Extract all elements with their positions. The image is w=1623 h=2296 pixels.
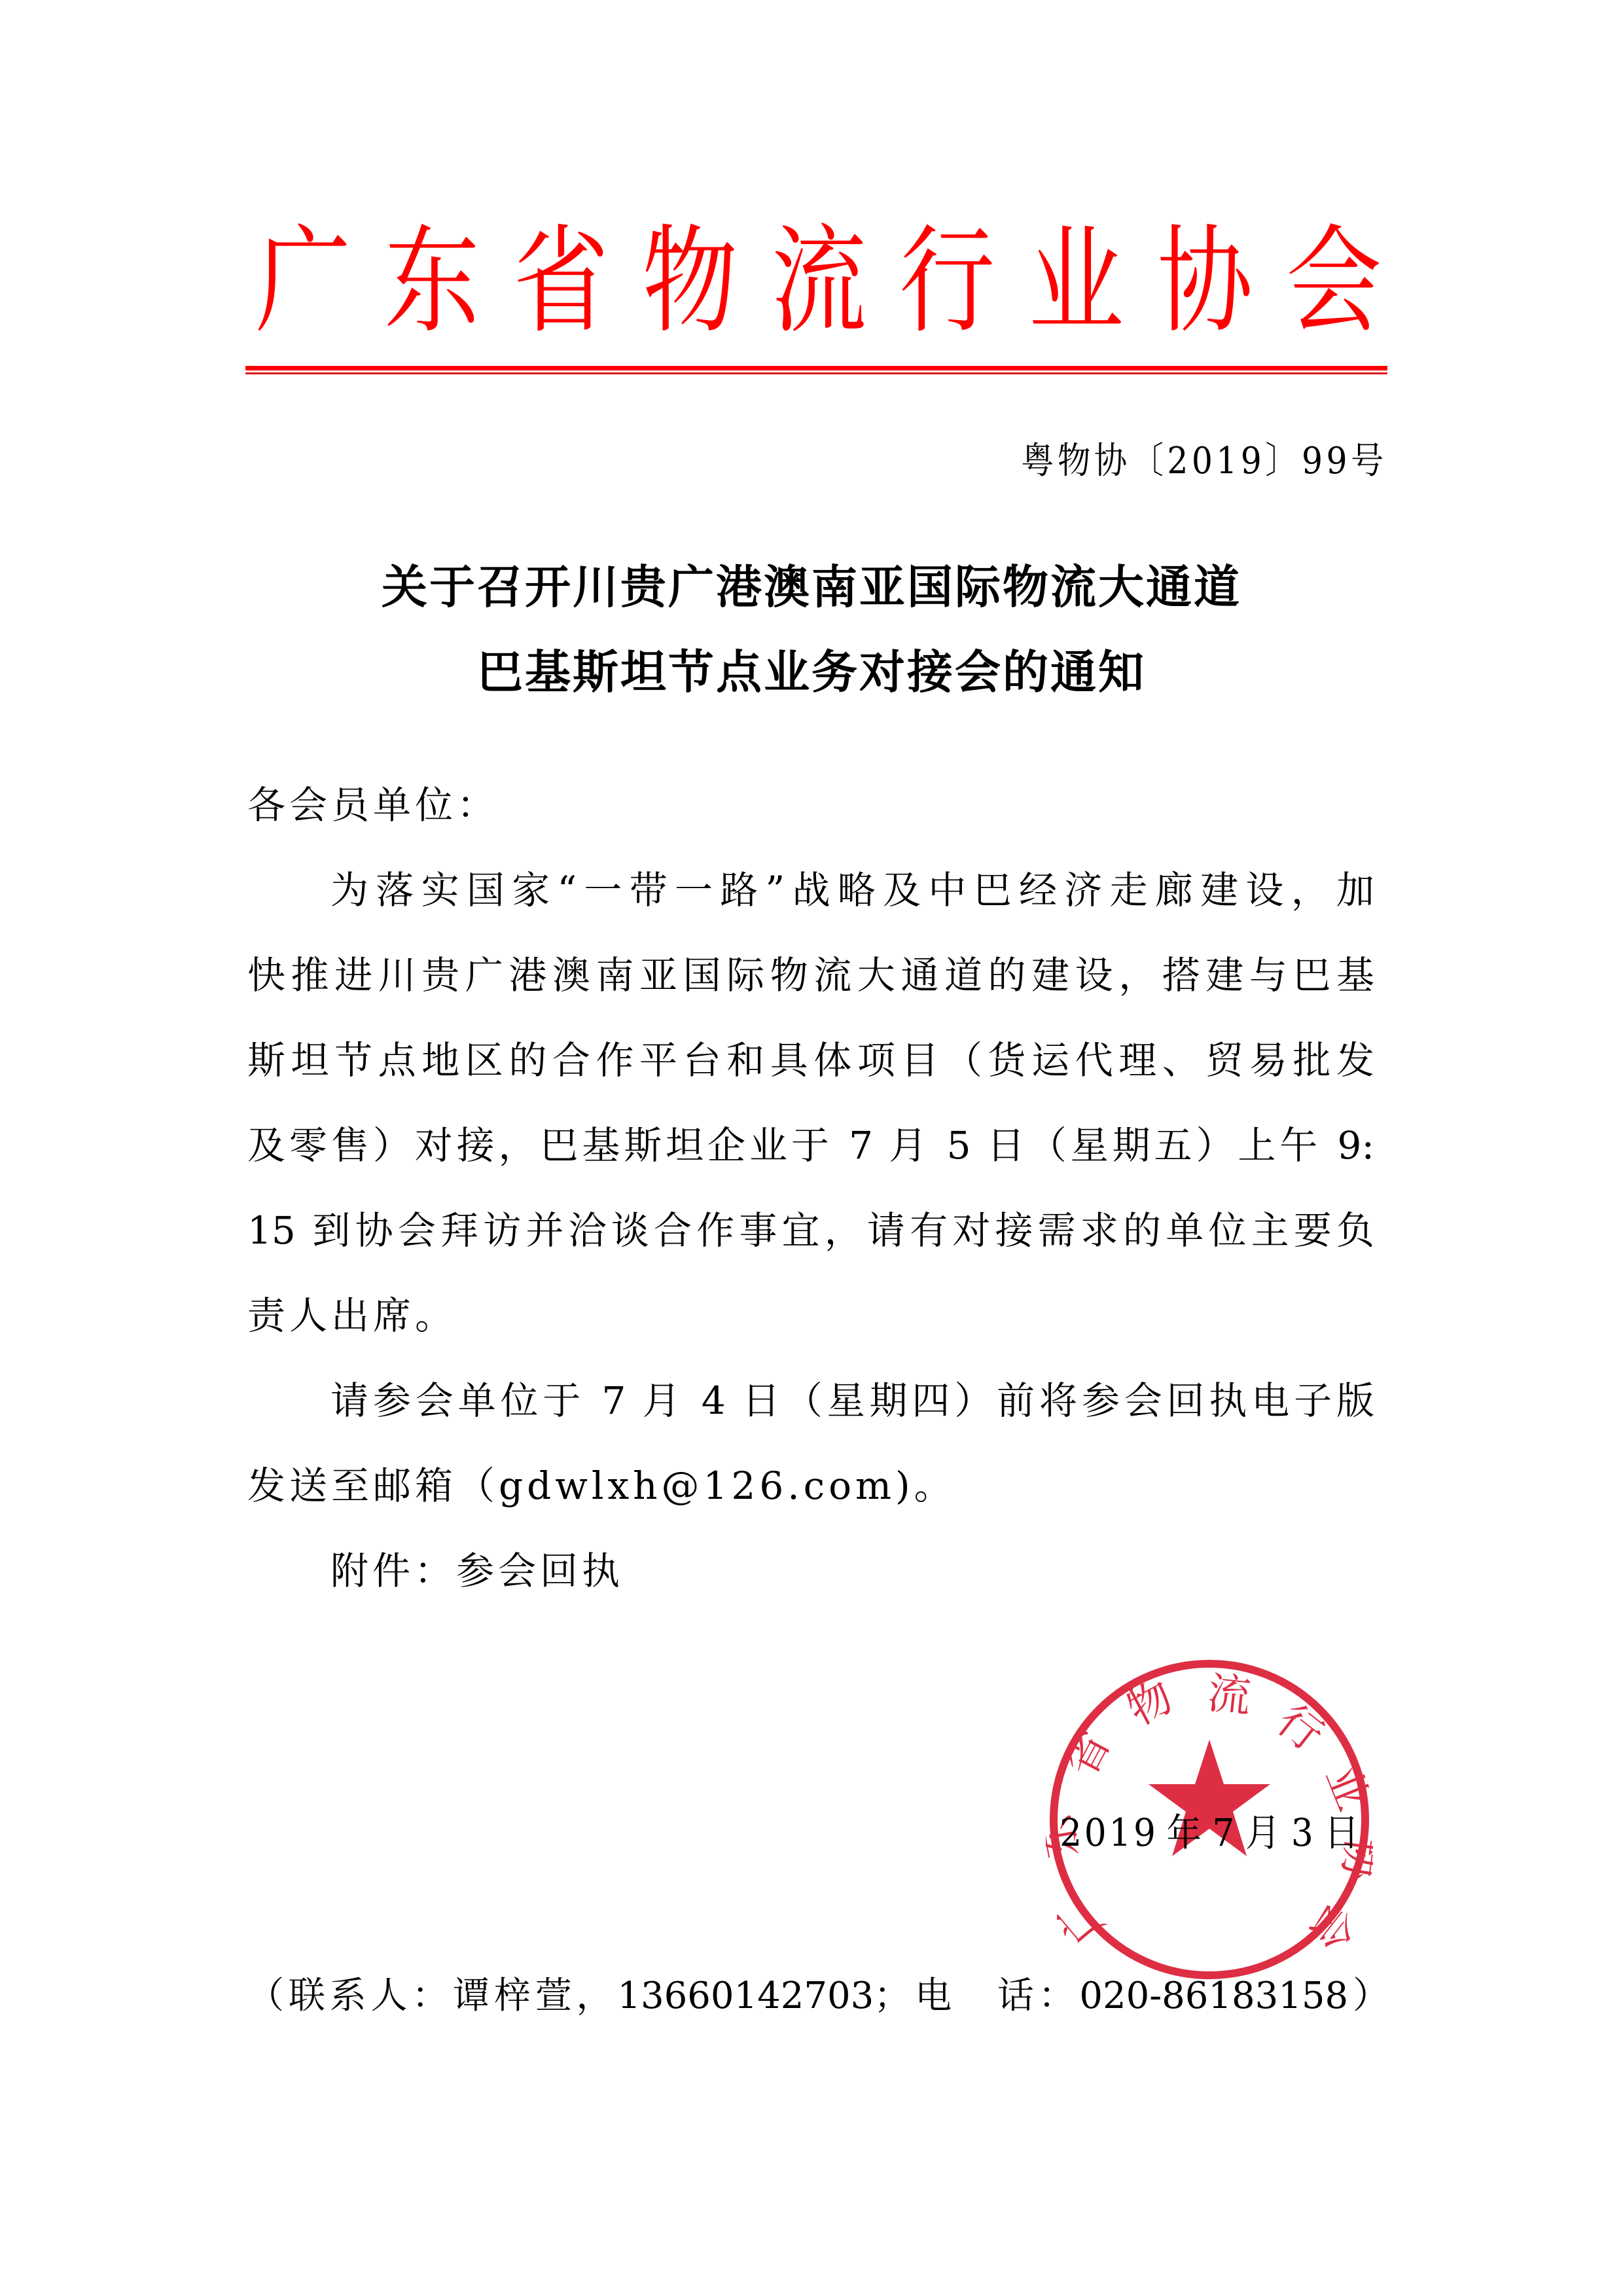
seal-char: 物 [1119,1671,1181,1736]
letterhead-char: 流 [771,216,862,347]
issue-date: 2019年7月3日 [1051,1806,1361,1859]
paragraph-2-line: 请参会单位于 7 月 4 日（星期四）前将参会回执电子版 [330,1374,1374,1427]
paragraph-2-line: 发送至邮箱（gdwlxh@126.com)。 [247,1460,1374,1512]
attachment-note: 附件：参会回执 [330,1545,1374,1597]
document-number: 粤物协〔2019〕99号 [1021,435,1387,488]
date-month: 7 [1212,1810,1237,1855]
date-day: 3 [1291,1810,1315,1855]
letterhead-char: 省 [513,216,604,347]
letterhead: 广 东 省 物 流 行 业 协 会 [245,216,1387,347]
date-year: 2019 [1060,1810,1158,1855]
letterhead-char: 会 [1286,216,1377,347]
title-line-2: 巴基斯坦节点业务对接会的通知 [0,643,1623,702]
seal-char: 广 [1047,1888,1113,1953]
letterhead-char: 东 [384,216,475,347]
seal-char: 省 [1056,1723,1120,1784]
title-line-1: 关于召开川贵广港澳南亚国际物流大通道 [0,558,1623,617]
date-year-unit: 年 [1166,1810,1204,1855]
paragraph-1-line: 快推进川贵广港澳南亚国际物流大通道的建设，搭建与巴基 [247,949,1374,1001]
paragraph-1-line: 15 到协会拜访并洽谈合作事宜，请有对接需求的单位主要负 [247,1204,1374,1257]
contact-info: （联系人：谭梓萱，13660142703；电 话：020-86183158） [247,1970,1389,2022]
seal-char: 行 [1268,1695,1332,1761]
date-day-unit: 日 [1324,1810,1361,1855]
paragraph-1-line: 斯坦节点地区的合作平台和具体项目（货运代理、贸易批发 [247,1034,1374,1086]
date-month-unit: 月 [1245,1810,1282,1855]
letterhead-rule-thin [245,372,1387,374]
letterhead-char: 广 [255,216,346,347]
document-page: 广 东 省 物 流 行 业 协 会 粤物协〔2019〕99号 关于召开川贵广港澳… [0,0,1623,2296]
seal-char: 流 [1205,1668,1254,1722]
letterhead-char: 业 [1029,216,1120,347]
letterhead-char: 行 [900,216,991,347]
seal-char: 会 [1299,1894,1365,1959]
letterhead-rule-thick [245,366,1387,370]
paragraph-1-line: 为落实国家“一带一路”战略及中巴经济走廊建设，加 [330,864,1374,916]
paragraph-1-line: 责人出席。 [247,1289,1374,1342]
paragraph-1-line: 及零售）对接，巴基斯坦企业于 7 月 5 日（星期五）上午 9: [247,1119,1374,1172]
salutation: 各会员单位： [247,779,1374,831]
letterhead-char: 协 [1157,216,1248,347]
letterhead-char: 物 [642,216,733,347]
